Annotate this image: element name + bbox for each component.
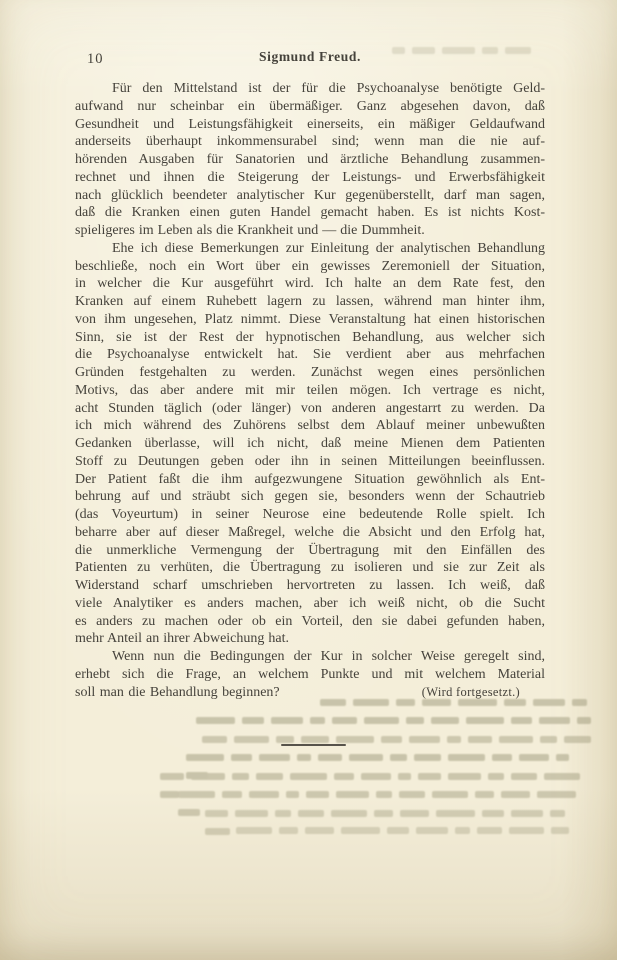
text-line: aufwand nur scheinbar ein übermäßiger. G…: [75, 98, 545, 116]
text-line: viele Analytiker es anders machen, aber …: [75, 595, 545, 613]
text-line: erhebt sich die Frage, an welchem Punkte…: [75, 666, 545, 684]
continuation-note: (Wird fortgesetzt.): [422, 684, 520, 702]
text-line: (das Voyeurtum) in seiner Neurose eine b…: [75, 506, 545, 524]
running-head: Sigmund Freud.: [75, 49, 545, 65]
text-line: Sinn, sie ist der Rest der hypnotischen …: [75, 329, 545, 347]
text-line: daß die Kranken einen guten Handel gemac…: [75, 204, 545, 222]
bleed-through-line: [202, 736, 600, 745]
text-line: Gedanken überlasse, will ich nicht, daß …: [75, 435, 545, 453]
text-line: mehr Anteil an ihrer Abweichung hat.: [75, 630, 545, 648]
text-line: Widerstand scharf umschrieben hervortret…: [75, 577, 545, 595]
text-line: spieligeres im Leben als die Krankheit u…: [75, 222, 545, 240]
text-line: von ihm ungesehen, Platz nimmt. Diese Ve…: [75, 311, 545, 329]
text-line: ich mich während des Zuhörens selbst dem…: [75, 417, 545, 435]
page-body: Für den Mittelstand ist der für die Psyc…: [75, 80, 545, 701]
bleed-through-line: [186, 754, 600, 763]
paragraph: Ehe ich diese Bemerkungen zur Einleitung…: [75, 240, 545, 648]
page-header: 10 Sigmund Freud.: [75, 49, 545, 69]
text-line: beschließe, noch ein Wort über ein gewis…: [75, 258, 545, 276]
section-divider-rule: [281, 744, 346, 746]
text-line: Gründen festgehalten zu werden. Zunächst…: [75, 364, 545, 382]
text-line: Kranken auf einem Ruhebett lagern zu las…: [75, 293, 545, 311]
text-line: behrung auf und sträubt sich gegen sie, …: [75, 488, 545, 506]
text-line: die Psychoanalyse entwickelt hat. Sie ve…: [75, 346, 545, 364]
text-line: rechnet und ihnen die Steigerung der Lei…: [75, 169, 545, 187]
bleed-through-line: [196, 717, 600, 726]
closing-question: soll man die Behandlung beginnen?: [75, 684, 280, 702]
final-text-line: soll man die Behandlung beginnen? (Wird …: [75, 684, 545, 702]
text-line: Patienten zu verhüten, die Übertragung z…: [75, 559, 545, 577]
text-line: acht Stunden täglich (oder länger) von a…: [75, 400, 545, 418]
text-line: Gesundheit und Leistungsfähigkeit einers…: [75, 116, 545, 134]
text-line: anderseits überhaupt inkommensurabel sin…: [75, 133, 545, 151]
text-line: Stoff zu Deutungen geben oder ihn in sei…: [75, 453, 545, 471]
book-page-scan: 10 Sigmund Freud. Für den Mittelstand is…: [0, 0, 617, 960]
text-line: Wenn nun die Bedingungen der Kur in solc…: [75, 648, 545, 666]
text-line: Der Patient faßt die ihm aufgezwungene S…: [75, 471, 545, 489]
text-line: Für den Mittelstand ist der für die Psyc…: [75, 80, 545, 98]
text-line: Motivs, das aber andere mit mir teilen m…: [75, 382, 545, 400]
text-line: in welcher die Kur ausgeführt wird. Ich …: [75, 275, 545, 293]
bleed-through-line: [205, 810, 600, 819]
paragraph: Für den Mittelstand ist der für die Psyc…: [75, 80, 545, 240]
text-line: es anders zu machen oder ob ein Vorteil,…: [75, 613, 545, 631]
text-line: Ehe ich diese Bemerkungen zur Einleitung…: [75, 240, 545, 258]
bleed-through-line: [236, 827, 580, 836]
text-line: die unmerkliche Vermengung der Übertragu…: [75, 542, 545, 560]
text-line: beharre aber auf dieser Maßregel, welche…: [75, 524, 545, 542]
bleed-through-line: [178, 791, 610, 800]
bleed-through-line: [160, 773, 610, 782]
text-line: hörenden Ausgaben für Sanatorien und ärz…: [75, 151, 545, 169]
paragraph: Wenn nun die Bedingungen der Kur in solc…: [75, 648, 545, 684]
text-line: nach glücklich beendeter analytischer Ku…: [75, 187, 545, 205]
